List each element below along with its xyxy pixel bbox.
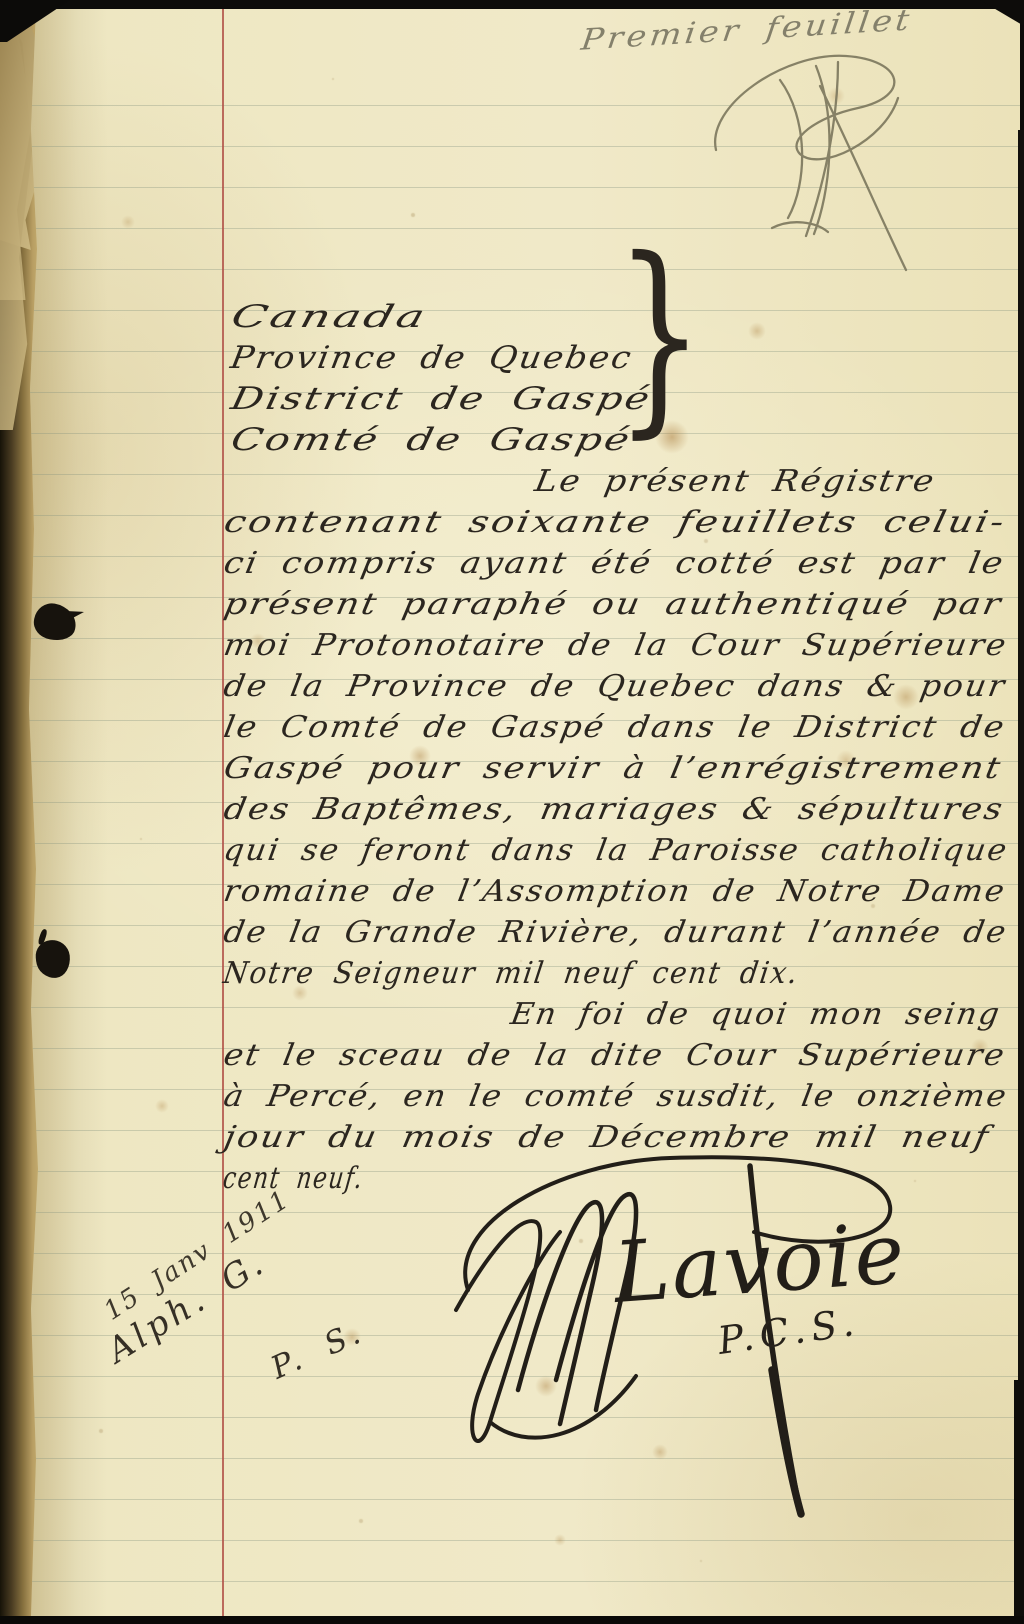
marginal-note: 15 Janv 1911 Alph. G. P. S. — [85, 1225, 425, 1415]
handwritten-text: Notre Seigneur mil neuf cent dix. — [221, 957, 801, 991]
handwritten-text: Province de Quebec — [228, 341, 635, 375]
handwritten-text: ci compris ayant été cotté est par le — [221, 547, 1008, 581]
scan-edge-bottom — [0, 1616, 1024, 1624]
handwritten-text: à Percé, en le comté susdit, le onzième — [221, 1080, 1011, 1114]
pencil-paraph — [688, 22, 928, 282]
handwritten-line: qui se feront dans la Paroisse catholiqu… — [221, 834, 974, 870]
handwritten-text: de la Province de Quebec dans & pour — [221, 670, 1009, 704]
handwritten-text: Le présent Régistre — [532, 465, 938, 499]
handwritten-text: qui se feront dans la Paroisse catholiqu… — [221, 834, 1011, 868]
signature-name: Lavoie — [609, 1204, 910, 1322]
handwritten-text: présent paraphé ou authentiqué par — [221, 588, 1005, 622]
notary-signature: Lavoie P.C.S. — [398, 1140, 1024, 1530]
handwritten-line: Comté de Gaspé — [228, 423, 532, 459]
handwritten-text: et le sceau de la dite Cour Supérieure — [221, 1039, 1009, 1073]
handwritten-line: Canada — [228, 300, 359, 336]
handwritten-text: moi Protonotaire de la Cour Supérieure — [221, 629, 1010, 663]
handwritten-line: de la Province de Quebec dans & pour — [221, 670, 942, 706]
handwritten-text: romaine de l’Assomption de Notre Dame — [221, 875, 1009, 909]
scan-edge-top — [0, 0, 1024, 8]
handwritten-text: District de Gaspé — [228, 382, 655, 416]
handwritten-text: le Comté de Gaspé dans le District de — [221, 711, 1008, 745]
handwritten-text: Canada — [228, 300, 431, 334]
handwritten-line: romaine de l’Assomption de Notre Dame — [221, 875, 960, 911]
handwritten-line: Le présent Régistre — [532, 465, 889, 501]
scan-edge-right-lower — [1014, 1380, 1024, 1624]
handwritten-line: Province de Quebec — [228, 341, 597, 377]
register-page-scan: Premier feuillet CanadaProvince de Quebe… — [0, 0, 1024, 1624]
handwritten-text: de la Grande Rivière, durant l’année de — [221, 916, 1010, 950]
handwritten-line: En foi de quoi mon seing — [508, 998, 979, 1034]
handwritten-text: En foi de quoi mon seing — [508, 998, 1004, 1032]
handwritten-line: à Percé, en le comté susdit, le onzième — [221, 1080, 954, 1116]
handwritten-line: et le sceau de la dite Cour Supérieure — [221, 1039, 939, 1075]
handwritten-line: Gaspé pour servir à l’enrégistrement — [221, 752, 893, 788]
handwritten-line: présent paraphé ou authentiqué par — [221, 588, 877, 624]
handwritten-text: des Baptêmes, mariages & sépultures — [221, 793, 1007, 827]
handwritten-text: Comté de Gaspé — [228, 423, 635, 457]
handwritten-line: contenant soixante feuillets celui- — [221, 506, 832, 542]
marginal-title: P. S. — [266, 1314, 370, 1385]
handwritten-line: Notre Seigneur mil neuf cent dix. — [221, 957, 842, 993]
handwritten-line: des Baptêmes, mariages & sépultures — [221, 793, 905, 829]
handwritten-line: le Comté de Gaspé dans le District de — [221, 711, 933, 747]
handwritten-text: contenant soixante feuillets celui- — [221, 506, 1009, 540]
handwritten-line: moi Protonotaire de la Cour Supérieure — [221, 629, 947, 665]
handwritten-line: de la Grande Rivière, durant l’année de — [221, 916, 956, 952]
handwritten-line: ci compris ayant été cotté est par le — [221, 547, 905, 583]
handwritten-line: cent neuf. — [221, 1162, 401, 1198]
handwritten-text: cent neuf. — [221, 1162, 366, 1196]
handwritten-line: District de Gaspé — [228, 382, 553, 418]
handwritten-text: Gaspé pour servir à l’enrégistrement — [221, 752, 1005, 786]
